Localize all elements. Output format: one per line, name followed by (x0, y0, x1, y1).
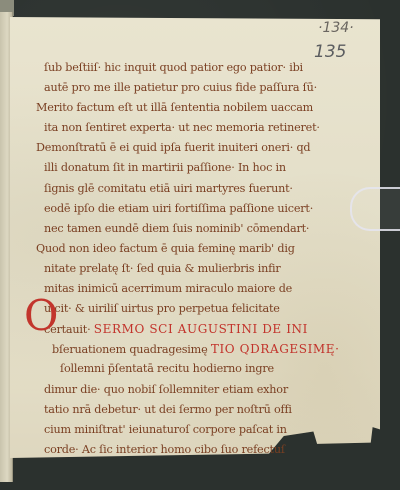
text-line: autē pro me ille patietur pro cuius fide… (36, 78, 356, 98)
decorated-initial: O (24, 296, 58, 336)
text-line: ſignis glē comitatu etiā uiri martyres f… (36, 179, 356, 199)
text-line: ita non ſentiret experta· ut nec memoria… (36, 118, 356, 138)
text-line: ſub beſtiiſ· hic inquit quod patior ego … (36, 58, 356, 78)
text-line: illi donatum ſit in martirii paſſione· I… (36, 158, 356, 178)
text-line: Quod non ideo factum ē quia feminę marib… (36, 239, 356, 259)
text-line: mitas inimicū acerrimum miraculo maiore … (36, 279, 356, 299)
text-line: ſollemni p̄ſentatā recitu hodierno ingre (36, 359, 356, 379)
sermon-heading: SERMO SCI AUGUSTINI DE INI (94, 322, 308, 336)
folio-number-old: ·134· (318, 20, 354, 36)
text-line: Merito factum eſt ut illā ſententia nobi… (36, 98, 356, 118)
page-clip (350, 187, 400, 231)
text-line: cium miniſtrat' ieiunaturoſ corpore paſc… (36, 420, 356, 440)
sermon-line-first: bſeruationem quadragesimę TIO QDRAGESIMĘ… (36, 339, 356, 359)
sermon-opening: bſeruationem quadragesimę (52, 343, 208, 356)
manuscript-text: ſub beſtiiſ· hic inquit quod patior ego … (36, 58, 356, 460)
text-line: uicit· & uiriliſ uirtus pro perpetua fel… (36, 299, 356, 319)
text-line: nec tamen eundē diem ſuis nominib' cōmen… (36, 219, 356, 239)
sermon-heading-cont: TIO QDRAGESIMĘ· (211, 342, 340, 356)
text-line: corde· Ac ſic interior homo cibo ſuo ref… (36, 440, 356, 460)
text-line: eodē ipſo die etiam uiri fortiſſima paſſ… (36, 199, 356, 219)
text-line: Demonſtratū ē ei quid ipſa fuerit inuite… (36, 138, 356, 158)
rubric-line: certauit· SERMO SCI AUGUSTINI DE INI (36, 319, 356, 339)
text-line: nitate prelatę ſt· ſed quia & mulierbris… (36, 259, 356, 279)
text-line: tatio nrā debetur· ut dei ſermo per noſt… (36, 400, 356, 420)
text-line: dimur die· quo nobiſ ſollemniter etiam e… (36, 380, 356, 400)
